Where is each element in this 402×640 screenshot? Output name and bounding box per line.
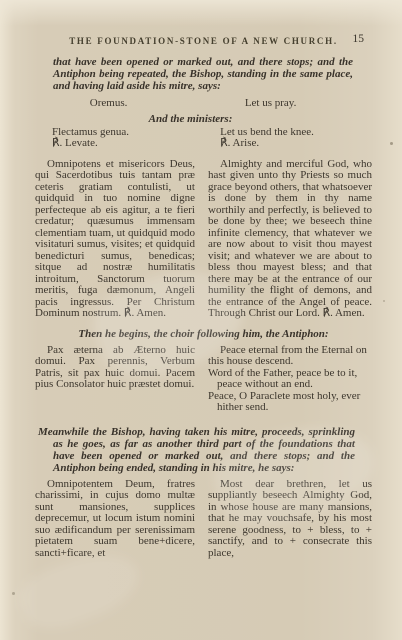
book-page: THE FOUNDATION-STONE OF A NEW CHURCH. 15… bbox=[0, 0, 402, 640]
dedication-prayer-english: Most dear brethren, let us suppliantly b… bbox=[208, 479, 372, 560]
oremus-english: Let us pray. bbox=[195, 98, 372, 110]
antiphon-verse-line: Peace, O Paraclete most holy, ever hithe… bbox=[208, 391, 372, 414]
paper-speck bbox=[383, 300, 385, 302]
versicle-row: ℟. Levate. ℟. Arise. bbox=[35, 138, 372, 150]
antiphon-verse-line: Peace eternal from the Eternal on this h… bbox=[208, 345, 372, 368]
antiphon-rubric: Then he begins, the choir following him,… bbox=[35, 328, 372, 340]
antiphon-english: Peace eternal from the Eternal on this h… bbox=[208, 345, 372, 414]
antiphon-pax: Pax æterna ab Æterno huic domui. Pax per… bbox=[35, 345, 372, 414]
visitation-prayer-latin: Omnipotens et misericors Deus, qui Sacer… bbox=[35, 159, 195, 320]
page-number: 15 bbox=[353, 34, 365, 44]
meanwhile-rubric: Meanwhile the Bishop, having taken his m… bbox=[38, 426, 355, 474]
versicles: Flectamus genua. Let us bend the knee. ℟… bbox=[35, 127, 372, 150]
page-content: THE FOUNDATION-STONE OF A NEW CHURCH. 15… bbox=[0, 0, 402, 559]
antiphon-latin: Pax æterna ab Æterno huic domui. Pax per… bbox=[35, 345, 195, 414]
versicle-latin: ℟. Levate. bbox=[35, 138, 200, 150]
dedication-prayer: Omnipotentem Deum, fratres charissimi, i… bbox=[35, 479, 372, 560]
antiphon-verse-line: Word of the Father, peace be to it, peac… bbox=[208, 368, 372, 391]
visitation-prayer: Omnipotens et misericors Deus, qui Sacer… bbox=[35, 159, 372, 320]
visitation-prayer-english: Almighty and merciful God, who hast give… bbox=[208, 159, 372, 320]
oremus-row: Oremus. Let us pray. bbox=[35, 98, 372, 110]
paper-speck bbox=[390, 142, 393, 145]
dedication-prayer-latin: Omnipotentem Deum, fratres charissimi, i… bbox=[35, 479, 195, 560]
page-title: THE FOUNDATION-STONE OF A NEW CHURCH. bbox=[69, 36, 338, 46]
oremus-latin: Oremus. bbox=[35, 98, 182, 110]
ministers-rubric: And the ministers: bbox=[35, 113, 372, 125]
opening-rubric: that have been opened or marked out, and… bbox=[53, 56, 353, 92]
running-header: THE FOUNDATION-STONE OF A NEW CHURCH. 15 bbox=[35, 36, 372, 46]
versicle-english: ℟. Arise. bbox=[213, 138, 372, 150]
paper-speck bbox=[12, 592, 15, 595]
